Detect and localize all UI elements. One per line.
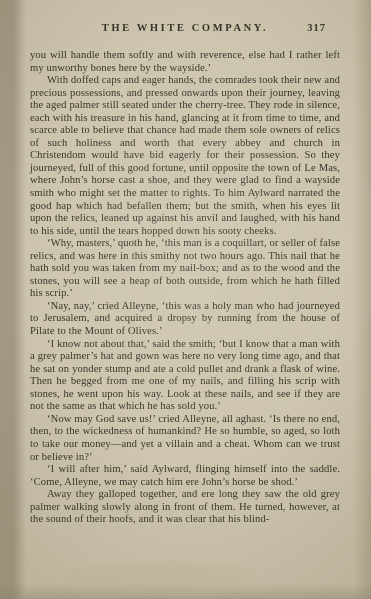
paragraph: Away they galloped together, and ere lon… <box>30 489 340 527</box>
paragraph: With doffed caps and eager hands, the co… <box>30 75 340 238</box>
paper-stain <box>60 560 260 590</box>
paragraph: ‘I will after him,’ said Aylward, flingi… <box>30 464 340 489</box>
paragraph: ‘Nay, nay,’ cried Alleyne, ‘this was a h… <box>30 301 340 339</box>
page-bottom-edge-shadow <box>0 583 371 599</box>
body-text: you will handle them softly and with rev… <box>30 50 340 527</box>
page-number: 317 <box>307 23 326 34</box>
running-header-title: THE WHITE COMPANY. <box>30 23 340 34</box>
paragraph: ‘Why, masters,’ quoth he, ‘this man is a… <box>30 238 340 301</box>
paragraph: ‘I know not about that,’ said the smith;… <box>30 339 340 414</box>
page-content: THE WHITE COMPANY. 317 you will handle t… <box>0 0 371 527</box>
running-head: THE WHITE COMPANY. 317 <box>30 23 340 37</box>
paragraph: ‘Now may God save us!’ cried Alleyne, al… <box>30 414 340 464</box>
book-page: THE WHITE COMPANY. 317 you will handle t… <box>0 0 371 599</box>
paragraph: you will handle them softly and with rev… <box>30 50 340 75</box>
